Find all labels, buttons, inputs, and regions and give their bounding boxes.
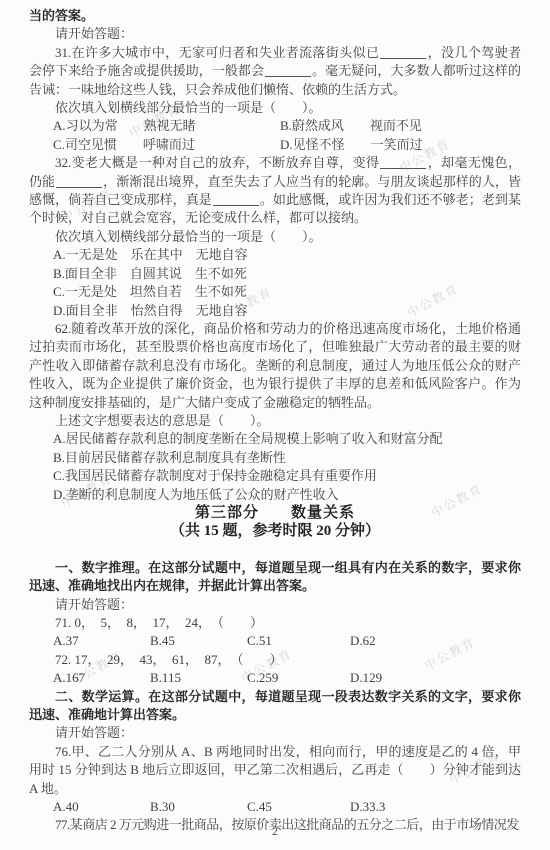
page-content: 当的答案。 请开始答题： 31.在许多大城市中，无家可归者和失业者流落街头似已，…	[29, 7, 521, 835]
continuation-text: 当的答案。	[29, 7, 521, 25]
blank-line	[56, 174, 102, 188]
q76-option-a: A.40	[29, 798, 150, 816]
part2-intro: 二、数学运算。在这部分试题中，每道题呈现一段表达数字关系的文字，要求你迅速、准确…	[29, 688, 521, 725]
blank-line	[380, 45, 426, 59]
section-gap	[29, 541, 521, 559]
q62-option-b: B.目前居民储蓄存款利息制度具有垄断性	[29, 449, 521, 467]
exam-paper-page: 中公教育 中公教育 中公教育 中公教育 中公教育 中公教育 中公教育 中公教育 …	[0, 0, 550, 850]
q32-stem-part-1: 32.变老大概是一种对自己的放弃，不断放弃自尊，变得	[55, 155, 379, 170]
q62-question-prompt: 上述文字想要表达的意思是（ ）。	[29, 412, 521, 430]
q62-option-c: C.我国居民储蓄存款制度对于保持金融稳定具有重要作用	[29, 467, 521, 485]
q76-option-c: C.45	[247, 798, 350, 816]
q32-option-c: C.一无是处 坦然自若 生不如死	[29, 283, 521, 301]
q31-fill-prompt: 依次填入划横线部分最恰当的一项是（ ）。	[29, 99, 521, 117]
q31-option-b: B.蔚然成风 视而不见	[280, 117, 521, 135]
question-32-stem: 32.变老大概是一种对自己的放弃，不断放弃自尊，变得，却毫无愧色，仍能，渐渐混出…	[29, 154, 521, 228]
q32-option-a: A.一无是处 乐在其中 无地自容	[29, 246, 521, 264]
blank-line	[265, 63, 311, 77]
q72-option-a: A.167	[29, 669, 150, 687]
section-title: 第三部分 数量关系	[29, 504, 521, 522]
q71-options-row: A.37 B.45 C.51 D.62	[29, 632, 521, 650]
begin-prompt-3: 请开始答题：	[29, 724, 521, 742]
q62-option-d: D.垄断的利息制度人为地压低了公众的财产性收入	[29, 486, 521, 504]
begin-prompt-2: 请开始答题：	[29, 596, 521, 614]
q31-option-c: C.司空见惯 呼啸而过	[29, 136, 280, 154]
q62-option-a: A.居民储蓄存款利息的制度垄断在全局规模上影响了收入和财富分配	[29, 430, 521, 448]
q72-option-b: B.115	[150, 669, 247, 687]
q32-option-b: B.面目全非 自圆其说 生不如死	[29, 265, 521, 283]
section-subtitle: （共 15 题，参考时限 20 分钟）	[29, 522, 521, 540]
blank-line	[380, 155, 426, 169]
q72-options-row: A.167 B.115 C.259 D.129	[29, 669, 521, 687]
q31-options-row-2: C.司空见惯 呼啸而过 D.见怪不怪 一笑而过	[29, 136, 521, 154]
begin-prompt: 请开始答题：	[29, 25, 521, 43]
q32-fill-prompt: 依次填入划横线部分最恰当的一项是（ ）。	[29, 228, 521, 246]
q71-option-d: D.62	[350, 632, 521, 650]
q31-stem-part-1: 31.在许多大城市中，无家可归者和失业者流落街头似已	[55, 45, 379, 60]
q76-option-b: B.30	[150, 798, 247, 816]
question-76-stem: 76.甲、乙二人分别从 A、B 两地同时出发，相向而行，甲的速度是乙的 4 倍，…	[29, 743, 521, 798]
q71-option-b: B.45	[150, 632, 247, 650]
question-31-stem: 31.在许多大城市中，无家可归者和失业者流落街头似已，没几个驾驶者会停下来给予施…	[29, 44, 521, 99]
blank-line	[213, 192, 259, 206]
question-72-stem: 72. 17， 29， 43， 61， 87， （ ）	[29, 651, 521, 669]
q72-option-d: D.129	[350, 669, 521, 687]
q76-option-d: D.33.3	[350, 798, 521, 816]
question-71-stem: 71. 0， 5， 8， 17， 24， （ ）	[29, 614, 521, 632]
part1-intro: 一、数字推理。在这部分试题中，每道题呈现一组具有内在关系的数字，要求你迅速、准确…	[29, 559, 521, 596]
q31-option-a: A.习以为常 熟视无睹	[29, 117, 280, 135]
q31-option-d: D.见怪不怪 一笑而过	[280, 136, 521, 154]
q71-option-c: C.51	[247, 632, 350, 650]
question-62-stem: 62.随着改革开放的深化，商品价格和劳动力的价格迅速高度市场化，土地价格通过拍卖…	[29, 320, 521, 412]
q71-option-a: A.37	[29, 632, 150, 650]
q76-options-row: A.40 B.30 C.45 D.33.3	[29, 798, 521, 816]
q32-option-d: D.面目全非 怡然自得 无地自容	[29, 302, 521, 320]
q72-option-c: C.259	[247, 669, 350, 687]
q31-options-row-1: A.习以为常 熟视无睹 B.蔚然成风 视而不见	[29, 117, 521, 135]
page-number: 2	[0, 824, 550, 839]
